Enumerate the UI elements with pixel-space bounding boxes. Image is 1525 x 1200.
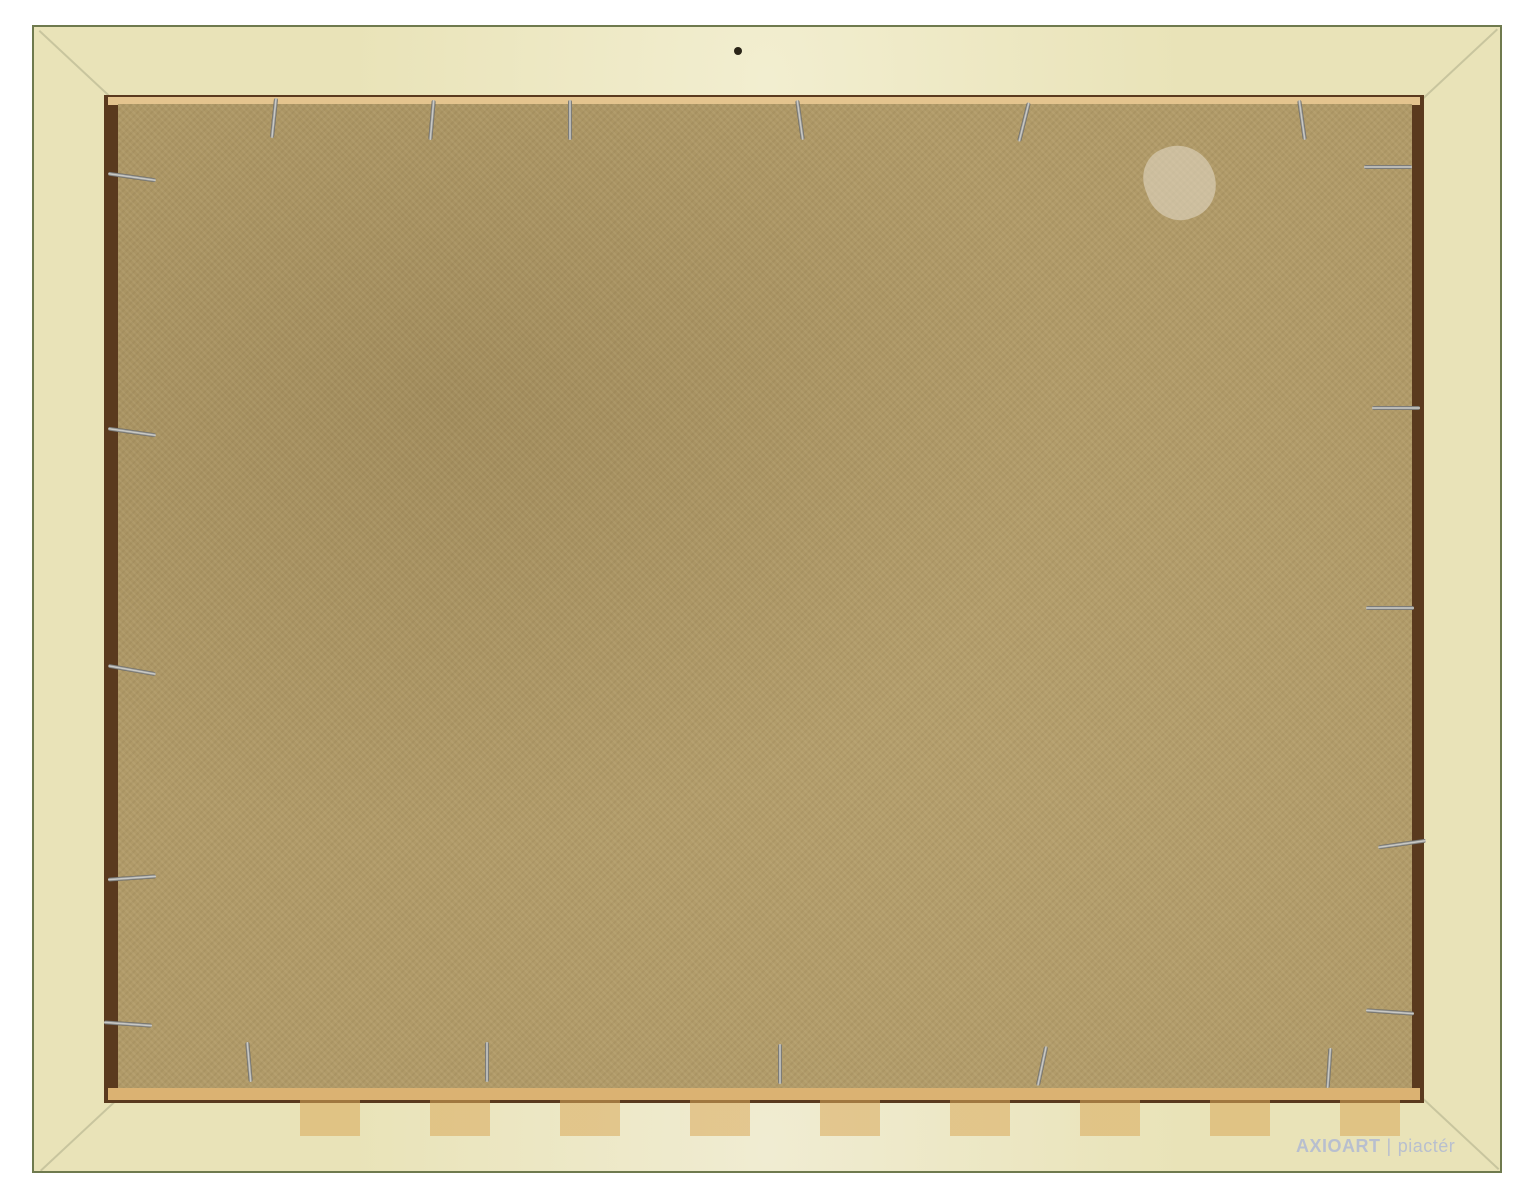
nail: [568, 100, 572, 140]
nail: [1366, 606, 1414, 610]
watermark-section: piactér: [1398, 1136, 1456, 1156]
nail: [1372, 406, 1420, 410]
nail: [1364, 165, 1412, 169]
watermark-brand: AXIOART: [1296, 1136, 1381, 1156]
hardboard-backing: [118, 104, 1412, 1088]
watermark-separator: |: [1387, 1136, 1392, 1156]
bottom-wood-strip: [108, 1088, 1420, 1100]
hanging-hole: [734, 47, 742, 55]
paint-wear: [300, 1100, 1400, 1136]
nail: [485, 1042, 489, 1082]
watermark: AXIOART|piactér: [1296, 1136, 1455, 1157]
nail: [778, 1044, 782, 1084]
